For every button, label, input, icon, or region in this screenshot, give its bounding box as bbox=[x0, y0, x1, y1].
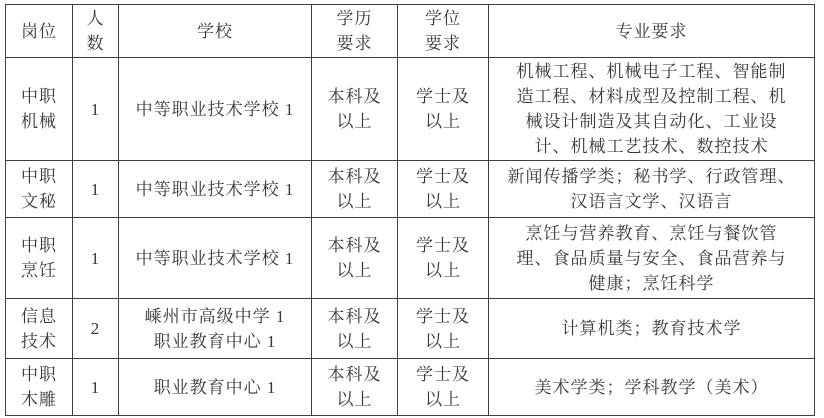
cell-degree: 学士及 以上 bbox=[398, 359, 489, 416]
cell-degree: 学士及 以上 bbox=[398, 299, 489, 359]
cell-count: 1 bbox=[73, 359, 119, 416]
cell-education: 本科及 以上 bbox=[312, 218, 398, 299]
cell-major: 机械工程、机械电子工程、智能制 造工程、材料成型及控制工程、机 械设计制造及其自… bbox=[489, 58, 815, 161]
cell-count: 1 bbox=[73, 218, 119, 299]
cell-major: 新闻传播学类；秘书学、行政管理、 汉语言文学、汉语言 bbox=[489, 161, 815, 218]
cell-count: 1 bbox=[73, 161, 119, 218]
cell-count: 1 bbox=[73, 58, 119, 161]
col-header-count: 人 数 bbox=[73, 5, 119, 58]
col-header-position: 岗位 bbox=[6, 5, 73, 58]
table-row: 中职 木雕 1 职业教育中心 1 本科及 以上 学士及 以上 美术学类；学科教学… bbox=[6, 359, 815, 416]
cell-position: 中职 烹饪 bbox=[6, 218, 73, 299]
cell-school: 中等职业技术学校 1 bbox=[119, 58, 312, 161]
cell-major: 烹饪与营养教育、烹饪与餐饮管 理、食品质量与安全、食品营养与 健康；烹饪科学 bbox=[489, 218, 815, 299]
cell-school: 中等职业技术学校 1 bbox=[119, 161, 312, 218]
cell-education: 本科及 以上 bbox=[312, 161, 398, 218]
cell-school: 嵊州市高级中学 1 职业教育中心 1 bbox=[119, 299, 312, 359]
cell-degree: 学士及 以上 bbox=[398, 58, 489, 161]
col-header-school: 学校 bbox=[119, 5, 312, 58]
table-row: 中职 机械 1 中等职业技术学校 1 本科及 以上 学士及 以上 机械工程、机械… bbox=[6, 58, 815, 161]
cell-count: 2 bbox=[73, 299, 119, 359]
cell-position: 中职 机械 bbox=[6, 58, 73, 161]
cell-major: 美术学类；学科教学（美术） bbox=[489, 359, 815, 416]
cell-position: 信息 技术 bbox=[6, 299, 73, 359]
cell-position: 中职 文秘 bbox=[6, 161, 73, 218]
cell-school: 职业教育中心 1 bbox=[119, 359, 312, 416]
cell-education: 本科及 以上 bbox=[312, 359, 398, 416]
table-row: 中职 烹饪 1 中等职业技术学校 1 本科及 以上 学士及 以上 烹饪与营养教育… bbox=[6, 218, 815, 299]
col-header-degree: 学位 要求 bbox=[398, 5, 489, 58]
recruitment-table-container: 岗位 人 数 学校 学历 要求 学位 要求 专业要求 中职 机械 1 中等职业技… bbox=[5, 4, 815, 416]
table-row: 中职 文秘 1 中等职业技术学校 1 本科及 以上 学士及 以上 新闻传播学类；… bbox=[6, 161, 815, 218]
cell-position: 中职 木雕 bbox=[6, 359, 73, 416]
table-row: 信息 技术 2 嵊州市高级中学 1 职业教育中心 1 本科及 以上 学士及 以上… bbox=[6, 299, 815, 359]
cell-education: 本科及 以上 bbox=[312, 299, 398, 359]
col-header-major: 专业要求 bbox=[489, 5, 815, 58]
col-header-education: 学历 要求 bbox=[312, 5, 398, 58]
cell-major: 计算机类；教育技术学 bbox=[489, 299, 815, 359]
cell-degree: 学士及 以上 bbox=[398, 161, 489, 218]
cell-degree: 学士及 以上 bbox=[398, 218, 489, 299]
recruitment-table: 岗位 人 数 学校 学历 要求 学位 要求 专业要求 中职 机械 1 中等职业技… bbox=[5, 4, 815, 416]
cell-education: 本科及 以上 bbox=[312, 58, 398, 161]
cell-school: 中等职业技术学校 1 bbox=[119, 218, 312, 299]
header-row: 岗位 人 数 学校 学历 要求 学位 要求 专业要求 bbox=[6, 5, 815, 58]
